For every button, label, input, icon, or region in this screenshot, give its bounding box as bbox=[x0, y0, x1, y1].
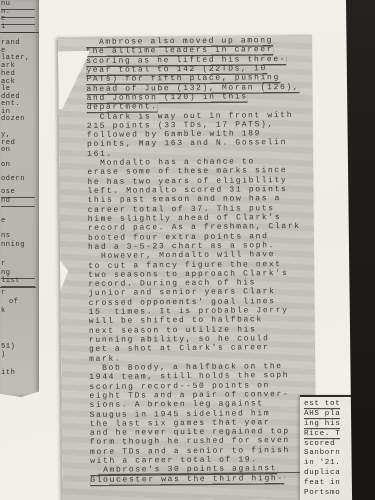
column-fragment-text: nning bbox=[1, 241, 25, 249]
column-fragment-text: rand bbox=[1, 39, 20, 47]
clip-line: duplica bbox=[304, 469, 353, 479]
clip-line: in '21. bbox=[304, 459, 353, 469]
column-fragment-text: r bbox=[1, 260, 6, 268]
column-fragment-text: ith bbox=[1, 369, 15, 377]
column-fragment-text: le bbox=[1, 85, 11, 93]
clip-line: Sanborn bbox=[304, 449, 353, 459]
column-fragment-text: 51) bbox=[1, 343, 15, 351]
column-fragment-text: k bbox=[1, 307, 6, 315]
clip-line: ing his bbox=[304, 420, 353, 430]
column-fragment-text: ns bbox=[1, 232, 11, 240]
clip-line: Rice. T bbox=[304, 430, 353, 440]
typewritten-newspaper-clipping: Ambrose also moved up amongthe alltime l… bbox=[58, 35, 316, 500]
column-fragment-text: of bbox=[9, 298, 19, 306]
clip-line: scored bbox=[304, 440, 353, 450]
column-fragment-text: ent. bbox=[1, 100, 20, 108]
column-fragment-text: list bbox=[1, 277, 35, 287]
article-line: Gloucester was the third high- bbox=[90, 473, 312, 484]
column-fragment-text: dozen bbox=[1, 115, 25, 123]
column-fragment-text: on bbox=[1, 161, 11, 169]
clip-line: feat in bbox=[304, 479, 353, 489]
column-fragment-text: ) bbox=[1, 351, 6, 359]
bottom-right-clipping-fragment: est totAHS plaing hisRice. TscoredSanbor… bbox=[300, 395, 353, 500]
column-fragment-text: r bbox=[1, 289, 6, 297]
column-fragment-text: e bbox=[1, 217, 6, 225]
column-fragment-text: hed bbox=[1, 70, 15, 78]
column-fragment-text: odern bbox=[1, 175, 25, 183]
column-fragment-text: later, bbox=[1, 54, 30, 62]
clip-line: Portsmo bbox=[304, 489, 353, 499]
column-fragment-text: y, bbox=[1, 131, 11, 139]
column-divider-rule bbox=[0, 32, 39, 33]
clip-line: est tot bbox=[304, 400, 353, 410]
column-fragment-text: nd bbox=[1, 197, 35, 207]
column-fragment-text: on bbox=[1, 146, 11, 154]
scrapbook-photo: nun.eirandelater,arkhedackleddedent.indo… bbox=[0, 0, 375, 500]
column-fragment-text: ark bbox=[1, 62, 15, 70]
clip-line: AHS pla bbox=[304, 410, 353, 420]
torn-paper-notch bbox=[59, 259, 68, 293]
column-divider-rule bbox=[0, 287, 36, 288]
left-newspaper-column-fragment: nun.eirandelater,arkhedackleddedent.indo… bbox=[0, 0, 39, 397]
article-text-column: Ambrose also moved up amongthe alltime l… bbox=[86, 36, 312, 485]
